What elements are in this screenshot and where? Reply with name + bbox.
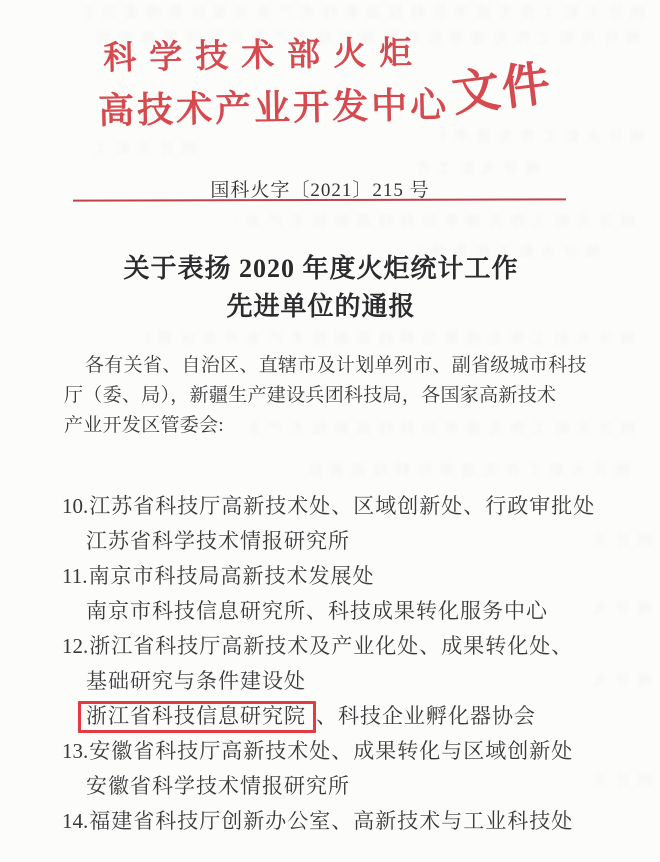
list-item-text: 安徽省科学技术情报研究所 xyxy=(86,774,350,798)
scanned-document-page: 统计火炬工作先进单位科技高新技术产业开发区管理委员会通报表扬年度信息研究院情报所… xyxy=(0,0,660,862)
bleedthrough-artifact: 统计火炬工作先进单位科技高新技术产业开发区管理委员会通报表扬年度信息研究院情报所… xyxy=(235,213,635,233)
list-item-number: 14. xyxy=(62,809,89,833)
list-item-text: 江苏省科学技术情报研究所 xyxy=(86,529,350,553)
list-item-number: 11. xyxy=(62,564,88,588)
highlight-box: 浙江省科技信息研究院 xyxy=(78,701,316,733)
letterhead: 科学技术部火炬 高技术产业开发中心 xyxy=(103,37,449,129)
list-item-line: 南京市科技信息研究所、科技成果转化服务中心 xyxy=(62,594,622,629)
document-type-label: 文件 xyxy=(449,60,554,120)
list-item-line: 14.福建省科技厅创新办公室、高新技术与工业科技处 xyxy=(62,804,622,839)
list-item-text: 江苏省科技厅高新技术处、区域创新处、行政审批处 xyxy=(89,494,595,518)
bleedthrough-artifact: 统计火炬工作先进单位科技高新技术产业开发区管理委员会通报表扬年度信息研究院情报所… xyxy=(145,330,635,350)
bleedthrough-artifact: 统计火炬工作先进单位科技高新技术产业开发区管理委员会通报表扬年度信息研究院情报所… xyxy=(85,4,645,24)
issuer-name-line1: 科学技术部火炬 xyxy=(103,37,449,76)
list-item-number: 12. xyxy=(62,634,89,658)
list-item-text: 浙江省科技厅高新技术及产业化处、成果转化处、 xyxy=(89,634,573,658)
list-item-text: 南京市科技局高新技术发展处 xyxy=(88,564,374,588)
list-item-number: 10. xyxy=(62,494,89,518)
addressee-line: 各有关省、自治区、直辖市及计划单列市、副省级城市科技 xyxy=(64,351,604,381)
bleedthrough-artifact: 统计火炬工作先进单位科技高新技术产业开发区管理委员会通报表扬年度信息研究院情报所… xyxy=(86,140,196,160)
list-item-line: 11.南京市科技局高新技术发展处 xyxy=(62,559,622,594)
awardee-list: 10.江苏省科技厅高新技术处、区域创新处、行政审批处江苏省科学技术情报研究所11… xyxy=(62,489,622,839)
addressee-line: 产业开发区管委会: xyxy=(64,411,604,441)
bleedthrough-artifact: 统计火炬工作先进单位科技高新技术产业开发区管理委员会通报表扬年度信息研究院情报所… xyxy=(440,128,645,148)
list-item-text: 南京市科技信息研究所、科技成果转化服务中心 xyxy=(86,599,548,623)
list-item-text: 基础研究与条件建设处 xyxy=(86,669,306,693)
list-item-text: 、科技企业孵化器协会 xyxy=(316,704,536,728)
issuer-name-line2: 高技术产业开发中心 xyxy=(98,87,450,129)
list-item-line: 基础研究与条件建设处 xyxy=(62,664,622,699)
list-item-number: 13. xyxy=(62,739,89,763)
bleedthrough-artifact: 统计火炬工作先进单位科技高新技术产业开发区管理委员会通报表扬年度信息研究院情报所… xyxy=(310,462,630,482)
addressee-line: 厅（委、局），新疆生产建设兵团科技局，各国家高新技术 xyxy=(64,381,604,411)
list-item-text: 安徽省科技厅高新技术处、成果转化与区域创新处 xyxy=(89,739,573,763)
list-item-line: 13.安徽省科技厅高新技术处、成果转化与区域创新处 xyxy=(62,734,622,769)
document-title-line2: 先进单位的通报 xyxy=(0,288,642,326)
addressee-paragraph: 各有关省、自治区、直辖市及计划单列市、副省级城市科技厅（委、局），新疆生产建设兵… xyxy=(64,351,604,441)
document-title-line1: 关于表扬 2020 年度火炬统计工作 xyxy=(0,250,642,288)
document-title: 关于表扬 2020 年度火炬统计工作 先进单位的通报 xyxy=(0,250,642,326)
list-item-text: 福建省科技厅创新办公室、高新技术与工业科技处 xyxy=(89,809,573,833)
list-item-line: 10.江苏省科技厅高新技术处、区域创新处、行政审批处 xyxy=(62,489,622,524)
list-item-line: 浙江省科技信息研究院、科技企业孵化器协会 xyxy=(62,699,622,734)
list-item-line: 江苏省科学技术情报研究所 xyxy=(62,524,622,559)
list-item-line: 12.浙江省科技厅高新技术及产业化处、成果转化处、 xyxy=(62,629,622,664)
list-item-line: 安徽省科学技术情报研究所 xyxy=(62,769,622,804)
